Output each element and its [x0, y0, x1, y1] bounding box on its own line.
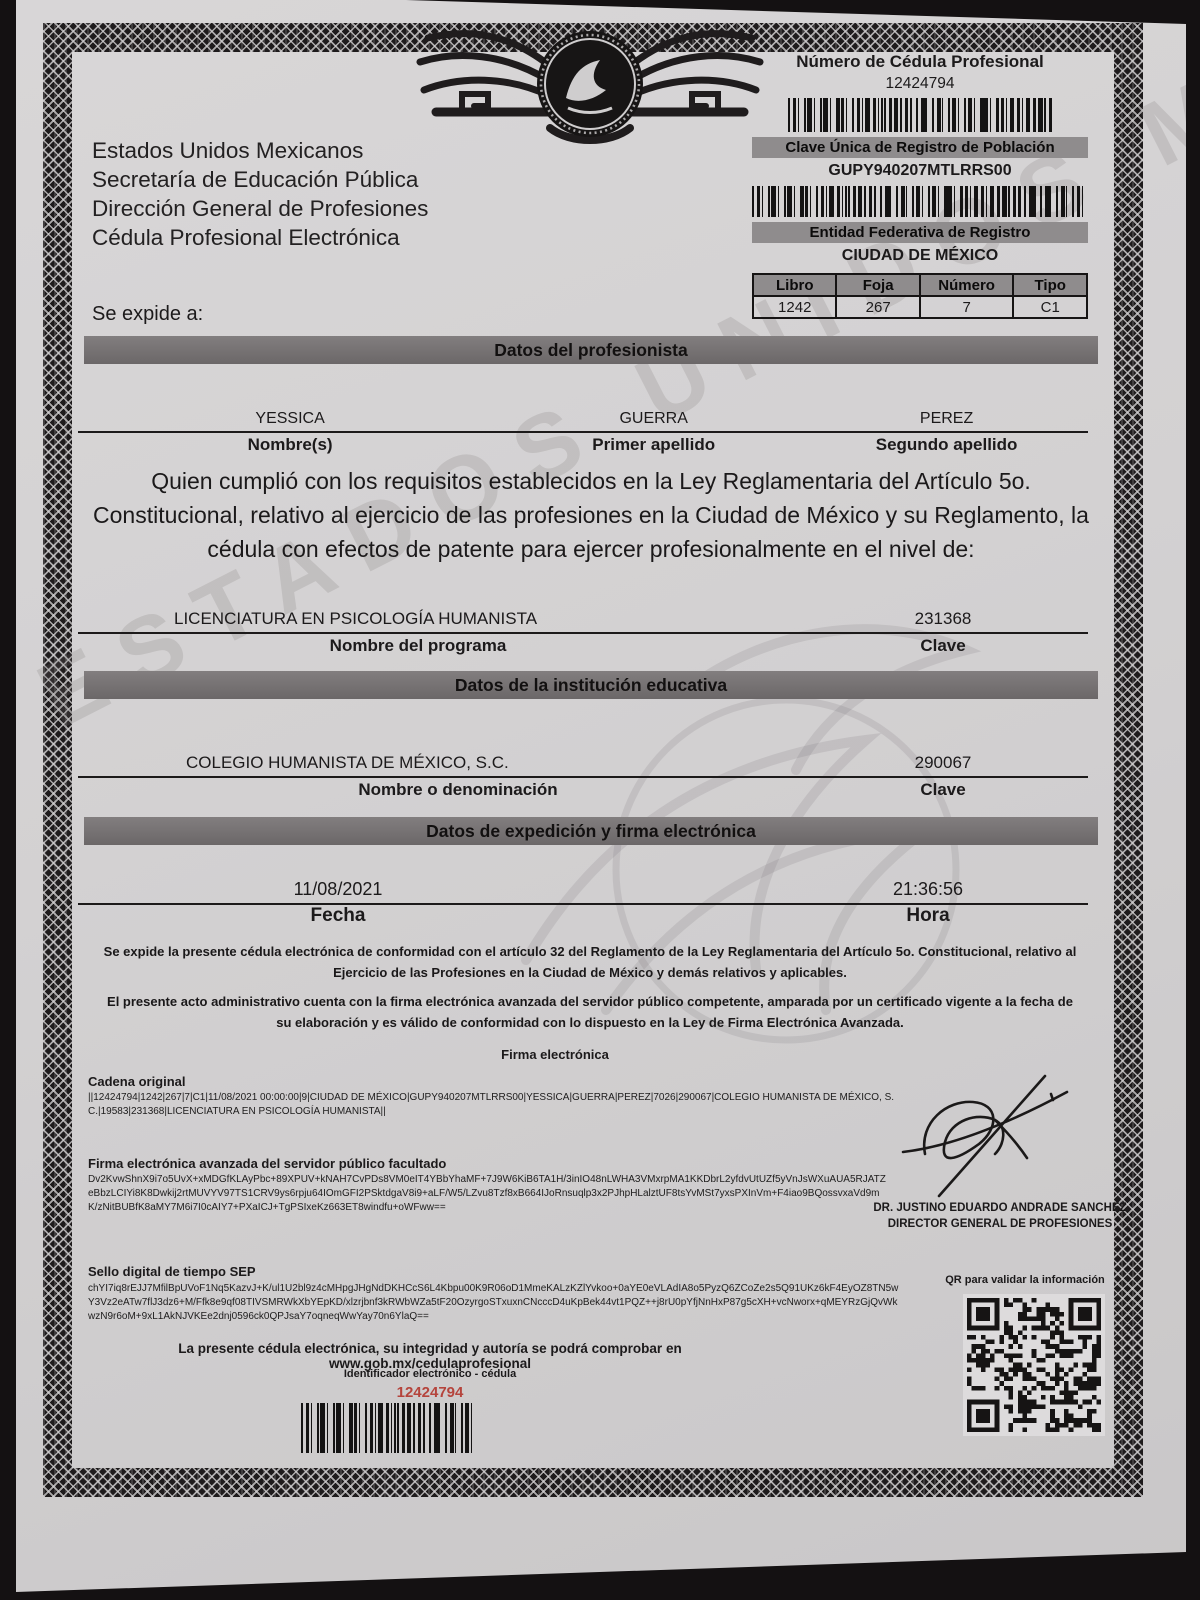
firma-title: Firma electrónica [405, 1047, 705, 1062]
registro-value: 1242 [753, 296, 836, 318]
program-clave-label: Clave [878, 636, 1008, 656]
program-name-value: LICENCIATURA EN PSICOLOGÍA HUMANISTA [174, 609, 537, 629]
verification-text: La presente cédula electrónica, su integ… [85, 1341, 775, 1371]
registro-header: Foja [836, 274, 919, 296]
program-name-label: Nombre del programa [258, 636, 578, 656]
qr-label: QR para validar la información [930, 1274, 1120, 1286]
sello-digital-label: Sello digital de tiempo SEP [88, 1264, 256, 1279]
expedition-labels: Fecha Hora [78, 905, 1088, 931]
banner-expedicion: Datos de expedición y firma electrónica [84, 817, 1098, 845]
legal-paragraph-main: Quien cumplió con los requisitos estable… [86, 464, 1096, 566]
curp-label: Clave Única de Registro de Población [752, 137, 1088, 158]
identificador-label: Identificador electrónico - cédula [280, 1368, 580, 1380]
hora-label: Hora [838, 905, 1018, 927]
curp-barcode-icon [752, 186, 1088, 217]
institution-row: COLEGIO HUMANISTA DE MÉXICO, S.C. 290067 [78, 742, 1088, 778]
institution-name-label: Nombre o denominación [298, 780, 618, 800]
registro-table: Libro Foja Número Tipo 1242 267 7 C1 [752, 273, 1088, 319]
firma-avanzada-label: Firma electrónica avanzada del servidor … [88, 1156, 446, 1171]
institution-clave-label: Clave [878, 780, 1008, 800]
agency-header: Estados Unidos Mexicanos Secretaría de E… [92, 136, 428, 252]
legal-paragraph-2: El presente acto administrativo cuenta c… [105, 991, 1075, 1033]
se-expide-label: Se expide a: [92, 303, 203, 326]
agency-line: Estados Unidos Mexicanos [92, 136, 428, 165]
nombre-value: YESSICA [78, 410, 502, 431]
registro-header: Número [920, 274, 1014, 296]
cadena-original-text: ||12424794|1242|267|7|C1|11/08/2021 00:0… [88, 1091, 898, 1119]
qr-code-icon [963, 1294, 1105, 1436]
national-seal-icon [400, 16, 780, 180]
agency-line: Secretaría de Educación Pública [92, 165, 428, 194]
institution-clave-value: 290067 [878, 753, 1008, 773]
cedula-barcode-icon [788, 98, 1052, 132]
registro-value: C1 [1013, 296, 1087, 318]
expedition-row: 11/08/2021 21:36:56 [78, 867, 1088, 905]
registro-value: 7 [920, 296, 1014, 318]
cedula-number-label: Número de Cédula Profesional [752, 52, 1088, 72]
program-row: LICENCIATURA EN PSICOLOGÍA HUMANISTA 231… [78, 598, 1088, 634]
institution-labels: Nombre o denominación Clave [78, 780, 1088, 804]
registro-value: 267 [836, 296, 919, 318]
sello-digital-text: chYI7iq8rEJJ7MfilBpUVoF1Nq5KazvJ+K/ul1U2… [88, 1282, 903, 1324]
firma-avanzada-text: Dv2KvwShnX9i7o5UvX+xMDGfKLAyPbc+89XPUV+k… [88, 1173, 888, 1215]
banner-institucion: Datos de la institución educativa [84, 671, 1098, 699]
entidad-label: Entidad Federativa de Registro [752, 222, 1088, 243]
fecha-label: Fecha [238, 905, 438, 927]
registro-header: Libro [753, 274, 836, 296]
hora-value: 21:36:56 [838, 879, 1018, 900]
legal-paragraph-1: Se expide la presente cédula electrónica… [95, 941, 1085, 983]
program-clave-value: 231368 [878, 609, 1008, 629]
fecha-value: 11/08/2021 [238, 879, 438, 900]
primer-apellido-value: GUERRA [502, 410, 805, 431]
cedula-number-value: 12424794 [752, 75, 1088, 93]
director-name: DR. JUSTINO EDUARDO ANDRADE SANCHEZ [860, 1200, 1140, 1216]
certificate-page: ESTADOS UNIDOS MEX [0, 0, 1200, 1600]
signature-icon [895, 1062, 1080, 1210]
institution-name-value: COLEGIO HUMANISTA DE MÉXICO, S.C. [186, 753, 509, 773]
director-title: DIRECTOR GENERAL DE PROFESIONES [860, 1216, 1140, 1232]
segundo-apellido-label: Segundo apellido [805, 435, 1088, 455]
agency-line: Cédula Profesional Electrónica [92, 223, 428, 252]
registry-column: Número de Cédula Profesional 12424794 Cl… [752, 52, 1088, 319]
nombre-label: Nombre(s) [78, 435, 502, 455]
program-labels: Nombre del programa Clave [78, 636, 1088, 660]
agency-line: Dirección General de Profesiones [92, 194, 428, 223]
segundo-apellido-value: PEREZ [805, 410, 1088, 431]
cadena-original-label: Cadena original [88, 1074, 186, 1089]
registro-header: Tipo [1013, 274, 1087, 296]
banner-profesionista: Datos del profesionista [84, 336, 1098, 364]
director-signature-block: DR. JUSTINO EDUARDO ANDRADE SANCHEZ DIRE… [860, 1200, 1140, 1232]
entidad-value: CIUDAD DE MÉXICO [752, 247, 1088, 265]
primer-apellido-label: Primer apellido [502, 435, 805, 455]
names-row: YESSICA GUERRA PEREZ [78, 393, 1088, 433]
curp-value: GUPY940207MTLRRS00 [752, 162, 1088, 180]
certificate-paper: ESTADOS UNIDOS MEX [16, 0, 1186, 1600]
identificador-value: 12424794 [280, 1384, 580, 1401]
identificador-barcode-icon [301, 1403, 473, 1453]
names-labels: Nombre(s) Primer apellido Segundo apelli… [78, 435, 1088, 455]
